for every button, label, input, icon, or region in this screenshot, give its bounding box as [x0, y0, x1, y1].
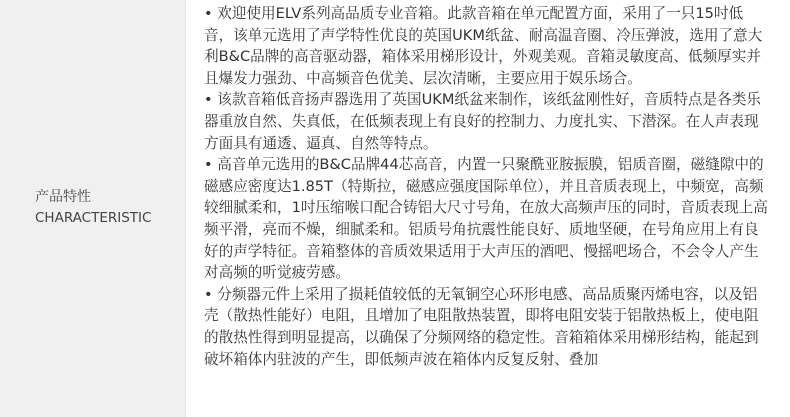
bullet-icon: •: [204, 286, 213, 303]
spec-label-english: CHARACTERISTIC: [35, 208, 185, 229]
bullet-icon: •: [204, 156, 213, 173]
spec-label-chinese: 产品特性: [35, 187, 185, 208]
feature-paragraph-tweeter: • 高音单元选用的B&C品牌44芯高音，内置一只聚酰亚胺振膜，铝质音圈，磁缝隙中…: [204, 154, 768, 284]
spec-label-cell: 产品特性 CHARACTERISTIC: [0, 0, 186, 417]
feature-text: 该款音箱低音扬声器选用了英国UKM纸盆来制作，该纸盆刚性好，音质特点是各类乐器重…: [204, 91, 761, 151]
feature-paragraph-woofer: • 该款音箱低音扬声器选用了英国UKM纸盆来制作，该纸盆刚性好，音质特点是各类乐…: [204, 89, 768, 154]
feature-paragraph-crossover: • 分频器元件上采用了损耗值较低的无氧铜空心环形电感、高品质聚丙烯电容，以及铝壳…: [204, 284, 768, 370]
product-spec-table: 产品特性 CHARACTERISTIC • 欢迎使用ELV系列高品质专业音箱。此…: [0, 0, 790, 417]
feature-text: 分频器元件上采用了损耗值较低的无氧铜空心环形电感、高品质聚丙烯电容，以及铝壳（散…: [204, 286, 759, 368]
feature-paragraph-overview: • 欢迎使用ELV系列高品质专业音箱。此款音箱在单元配置方面，采用了一只15吋低…: [204, 3, 768, 89]
spec-content-cell: • 欢迎使用ELV系列高品质专业音箱。此款音箱在单元配置方面，采用了一只15吋低…: [186, 0, 790, 417]
bullet-icon: •: [204, 5, 213, 22]
feature-text: 高音单元选用的B&C品牌44芯高音，内置一只聚酰亚胺振膜，铝质音圈，磁缝隙中的磁…: [204, 156, 768, 281]
feature-text: 欢迎使用ELV系列高品质专业音箱。此款音箱在单元配置方面，采用了一只15吋低音，…: [204, 5, 762, 87]
bullet-icon: •: [204, 91, 213, 108]
